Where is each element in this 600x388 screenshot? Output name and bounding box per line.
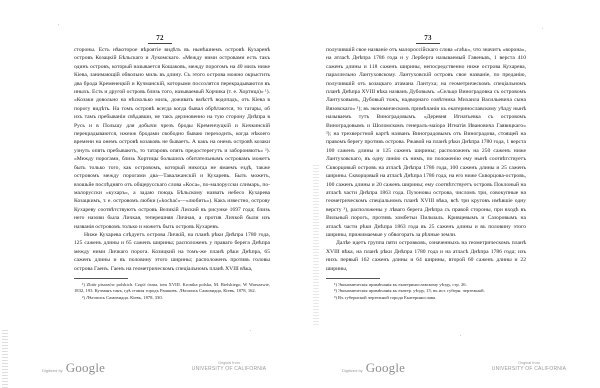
page-number: 72 (148, 34, 172, 44)
google-logo: Google (66, 360, 105, 376)
digitized-label: Digitized by (42, 368, 63, 373)
paragraph: Ниже Кухарева слѣдуетъ острова Личкій, н… (74, 231, 270, 273)
original-from: Original from UNIVERSITY OF CALIFORNIA (484, 361, 574, 372)
left-page: 72 стороны. Есть нѣкоторое вѣроятіе видѣ… (0, 0, 300, 388)
footnote: ³) Въ губернской чертежной города Екатер… (326, 295, 526, 301)
paragraph: стороны. Есть нѣкоторое вѣроятіе видѣть … (74, 46, 270, 231)
scan-speck (58, 24, 59, 25)
page-number: 73 (416, 34, 440, 44)
original-source: UNIVERSITY OF CALIFORNIA (184, 366, 274, 372)
footnote-divider (326, 278, 380, 279)
original-source: UNIVERSITY OF CALIFORNIA (484, 366, 574, 372)
paragraph: получившій свое названіе отъ малороссійс… (326, 46, 526, 239)
paragraph: Далѣе идетъ группа пяти островковъ, озна… (326, 239, 526, 273)
scan-speck (542, 28, 543, 29)
footnotes: ¹) Zbiór pisarzów polskich. Część ósma, … (74, 282, 270, 301)
digitized-by-google: Digitized by Google (42, 360, 105, 376)
page-body: получившій свое названіе отъ малороссійс… (326, 46, 526, 301)
book-spread: 72 стороны. Есть нѣкоторое вѣроятіе видѣ… (0, 0, 600, 388)
google-logo: Google (366, 360, 405, 376)
right-page: 73 получившій свое названіе отъ малоросс… (300, 0, 600, 388)
original-from: Original from UNIVERSITY OF CALIFORNIA (184, 361, 274, 372)
footnotes: ¹) Экономическія примѣчанія къ екатерино… (326, 282, 526, 301)
digitized-by-google: Digitized by Google (342, 360, 405, 376)
scan-speck (460, 335, 461, 336)
footnote: ²) Лѣтопись Самовидца. Кіевъ, 1878, 330. (74, 295, 270, 301)
footnote-divider (74, 278, 128, 279)
digitized-label: Digitized by (342, 368, 363, 373)
scan-speck (250, 330, 251, 331)
page-body: стороны. Есть нѣкоторое вѣроятіе видѣть … (74, 46, 270, 301)
footnote: ¹) Zbiór pisarzów polskich. Część ósma, … (74, 282, 270, 295)
